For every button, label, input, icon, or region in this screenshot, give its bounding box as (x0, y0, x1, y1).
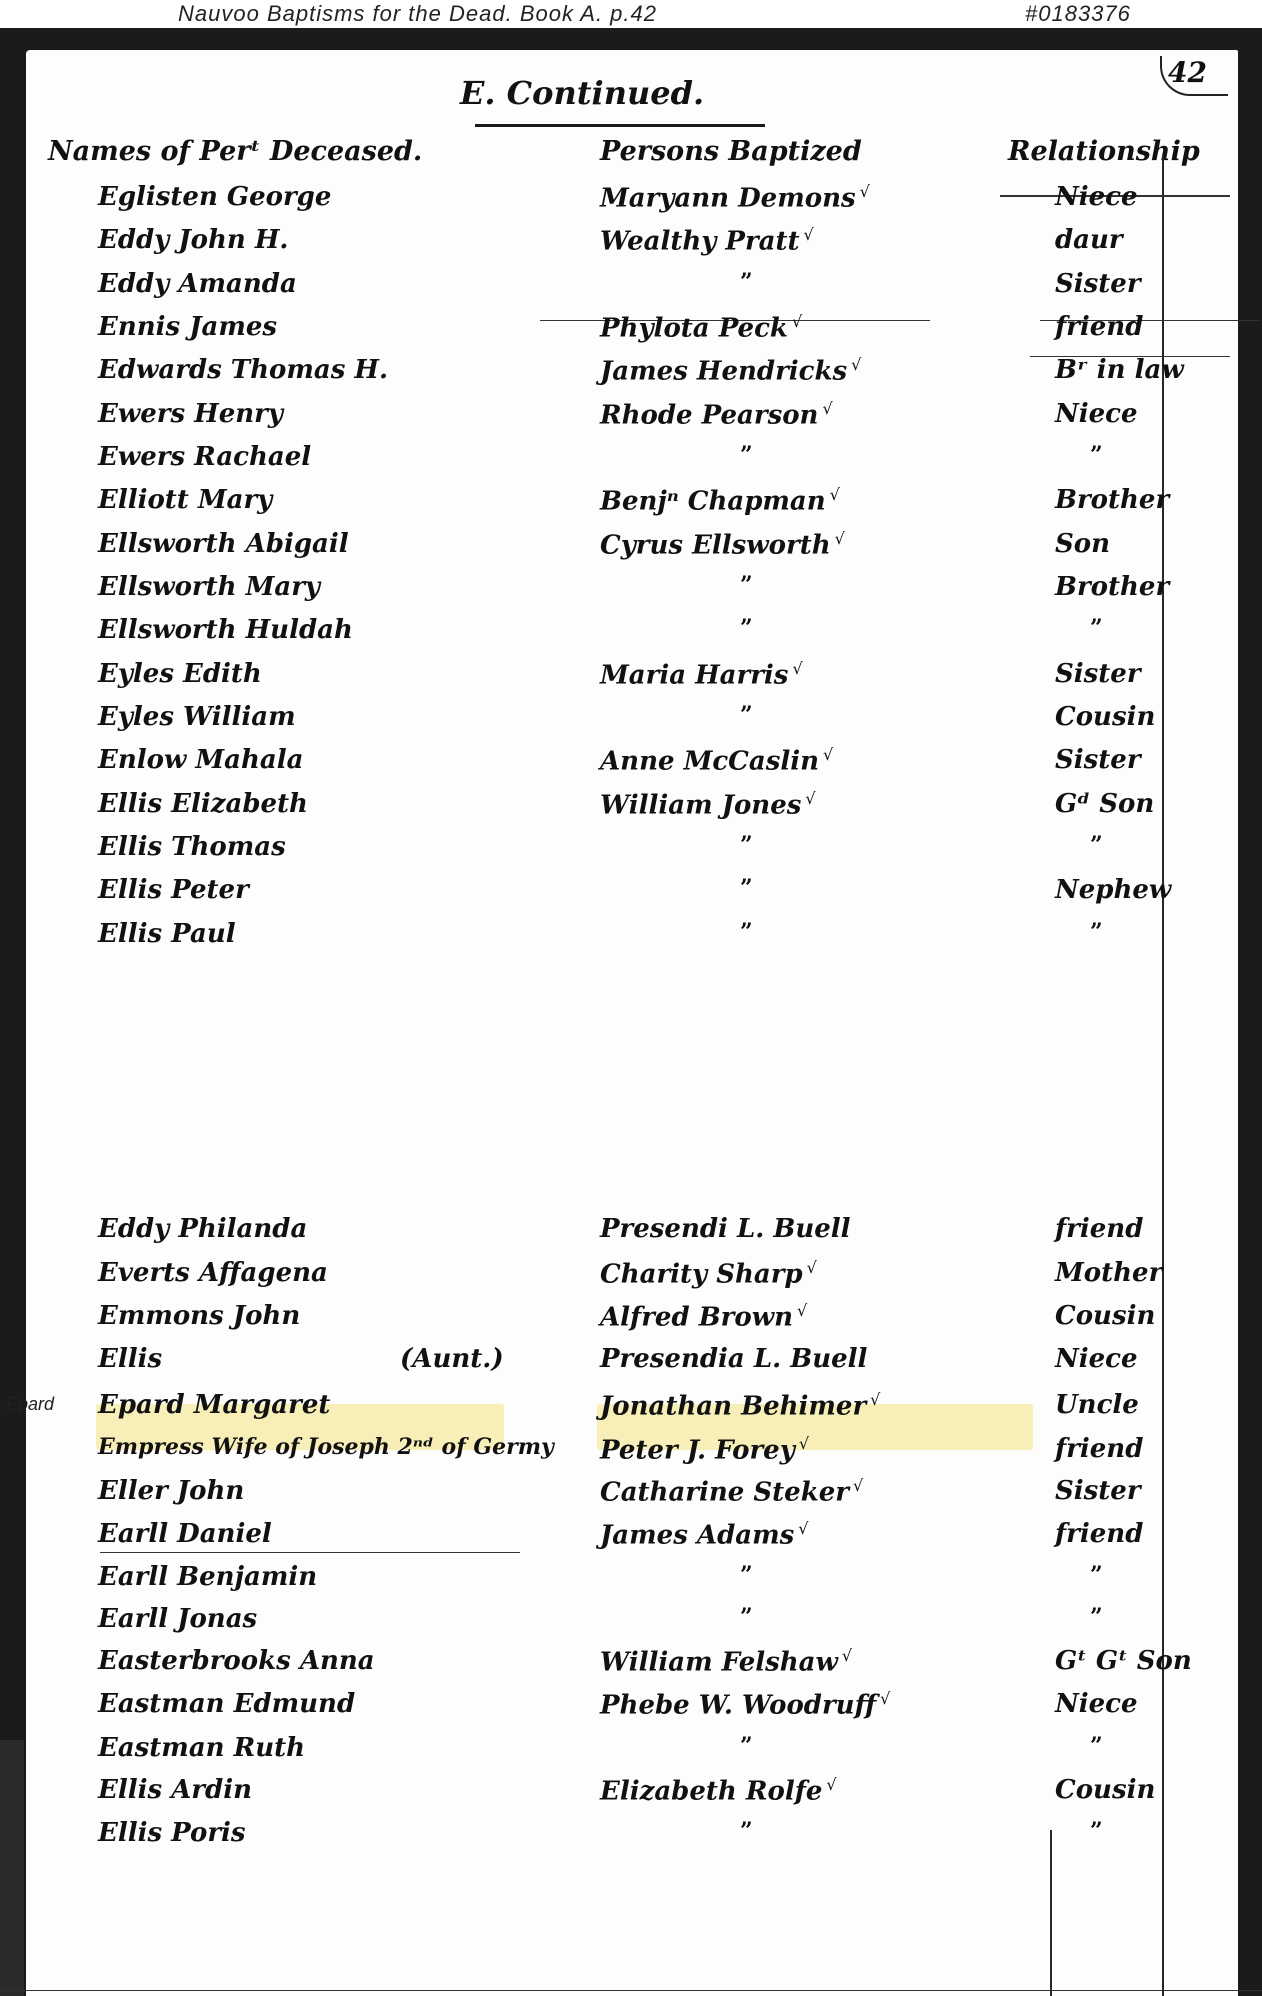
baptized-name: ” (740, 1604, 753, 1630)
check-mark-icon: √ (799, 1434, 809, 1453)
deceased-name: Edwards Thomas H. (98, 355, 388, 385)
column-header-baptized: Persons Baptized (600, 136, 862, 167)
baptized-name: Maria Harris√ (600, 659, 803, 691)
baptized-name: ” (740, 442, 753, 468)
deceased-name: Elliott Mary (98, 485, 272, 515)
deceased-name: Ellsworth Abigail (98, 529, 349, 559)
check-mark-icon: √ (853, 1476, 863, 1495)
check-mark-icon: √ (805, 789, 815, 808)
baptized-name: ” (740, 269, 753, 295)
baptized-name: Alfred Brown√ (600, 1301, 807, 1333)
relationship: Gᵈ Son (1055, 789, 1154, 819)
baptized-name: Rhode Pearson√ (600, 399, 833, 431)
baptized-name: William Jones√ (600, 789, 816, 821)
ledger-row: Ennis James Phylota Peck√ friend (0, 312, 1262, 352)
baptized-name: Cyrus Ellsworth√ (600, 529, 845, 561)
ledger-row: Ewers Rachael ” ” (0, 442, 1262, 482)
ledger-row: Ellis Thomas ” ” (0, 832, 1262, 872)
relationship: Niece (1055, 1689, 1138, 1719)
ledger-row: Ellis Paul ” ” (0, 919, 1262, 959)
relationship: Brother (1055, 572, 1169, 602)
check-mark-icon: √ (880, 1689, 890, 1708)
relationship: Gᵗ Gᵗ Son (1055, 1646, 1192, 1676)
ledger-row: Ellsworth Abigail Cyrus Ellsworth√ Son (0, 529, 1262, 569)
deceased-name: Epard Margaret (98, 1390, 330, 1420)
ruled-line (0, 1990, 1262, 1991)
check-mark-icon: √ (830, 485, 840, 504)
check-mark-icon: √ (804, 225, 814, 244)
ledger-row: Edwards Thomas H. James Hendricks√ Bʳ in… (0, 355, 1262, 395)
baptized-name: James Hendricks√ (600, 355, 861, 387)
deceased-name: Ellsworth Huldah (98, 615, 353, 645)
baptized-name: Jonathan Behimer√ (600, 1390, 880, 1422)
ledger-row: Ellis Peter ” Nephew (0, 875, 1262, 915)
check-mark-icon: √ (835, 529, 845, 548)
deceased-name: Eastman Edmund (98, 1689, 355, 1719)
baptized-name: ” (740, 702, 753, 728)
ledger-row: Ellis Poris ” ” (0, 1818, 1262, 1858)
baptized-name: ” (740, 832, 753, 858)
relationship: Nephew (1055, 875, 1171, 905)
ledger-row: Ellsworth Mary ” Brother (0, 572, 1262, 612)
deceased-name: Empress Wife of Joseph 2ⁿᵈ of Germy (98, 1434, 554, 1460)
check-mark-icon: √ (797, 1301, 807, 1320)
section-title: E. Continued. (460, 74, 704, 112)
deceased-name: Ewers Rachael (98, 442, 311, 472)
relationship: Mother (1055, 1258, 1162, 1288)
ledger-row: Earll Daniel James Adams√ friend (0, 1519, 1262, 1559)
deceased-name: Easterbrooks Anna (98, 1646, 375, 1676)
check-mark-icon: √ (798, 1519, 808, 1538)
deceased-name: Ennis James (98, 312, 277, 342)
ledger-row: Eastman Edmund Phebe W. Woodruff√ Niece (0, 1689, 1262, 1729)
relationship: ” (1090, 832, 1103, 858)
ledger-row: Earll Benjamin ” ” (0, 1562, 1262, 1602)
ledger-row: Eller John Catharine Steker√ Sister (0, 1476, 1262, 1516)
ledger-row: Empress Wife of Joseph 2ⁿᵈ of Germy Pete… (0, 1434, 1262, 1474)
baptized-name: Phylota Peck√ (600, 312, 802, 344)
relationship: ” (1090, 1818, 1103, 1844)
baptized-name: Benjⁿ Chapman√ (600, 485, 840, 517)
relationship: Bʳ in law (1055, 355, 1184, 385)
relationship: daur (1055, 225, 1123, 255)
relationship: ” (1090, 615, 1103, 641)
deceased-name: Earll Benjamin (98, 1562, 317, 1592)
relationship: Niece (1055, 182, 1138, 212)
deceased-name: Eddy John H. (98, 225, 288, 255)
baptized-name: Presendi L. Buell (600, 1214, 851, 1244)
deceased-name: Emmons John (98, 1301, 300, 1331)
check-mark-icon: √ (851, 355, 861, 374)
baptized-name: Charity Sharp√ (600, 1258, 817, 1290)
ledger-row: Enlow Mahala Anne McCaslin√ Sister (0, 745, 1262, 785)
ledger-row: Elliott Mary Benjⁿ Chapman√ Brother (0, 485, 1262, 525)
relationship: Cousin (1055, 702, 1155, 732)
deceased-name: Everts Affagena (98, 1258, 328, 1288)
baptized-name: ” (740, 875, 753, 901)
page-number: 42 (1168, 56, 1207, 89)
relationship: Sister (1055, 1476, 1141, 1506)
check-mark-icon: √ (842, 1646, 852, 1665)
relationship: friend (1055, 1519, 1143, 1549)
baptized-name: ” (740, 919, 753, 945)
deceased-name: Ellis Elizabeth (98, 789, 308, 819)
annotation-title: Nauvoo Baptisms for the Dead. Book A. p.… (178, 1, 657, 27)
check-mark-icon: √ (823, 745, 833, 764)
ledger-row: Ellis (Aunt.) Presendia L. Buell Niece (0, 1344, 1262, 1384)
title-underline (475, 124, 765, 127)
deceased-name: Enlow Mahala (98, 745, 303, 775)
relationship: friend (1055, 1434, 1143, 1464)
deceased-name: Eyles Edith (98, 659, 262, 689)
relationship: ” (1090, 1604, 1103, 1630)
relationship: Sister (1055, 269, 1141, 299)
baptized-name: William Felshaw√ (600, 1646, 852, 1678)
ledger-row: Eglisten George Maryann Demons√ Niece (0, 182, 1262, 222)
ledger-row: Ewers Henry Rhode Pearson√ Niece (0, 399, 1262, 439)
deceased-name: Eddy Philanda (98, 1214, 307, 1244)
baptized-name: Presendia L. Buell (600, 1344, 867, 1374)
baptized-name: Elizabeth Rolfe√ (600, 1775, 837, 1807)
check-mark-icon: √ (860, 182, 870, 201)
baptized-name: ” (740, 1733, 753, 1759)
ledger-row: Ellis Ardin Elizabeth Rolfe√ Cousin (0, 1775, 1262, 1815)
ledger-row: Earll Jonas ” ” (0, 1604, 1262, 1644)
baptized-name: ” (740, 615, 753, 641)
check-mark-icon: √ (792, 659, 802, 678)
baptized-name: Maryann Demons√ (600, 182, 870, 214)
baptized-name: Anne McCaslin√ (600, 745, 833, 777)
ledger-row: Easterbrooks Anna William Felshaw√ Gᵗ Gᵗ… (0, 1646, 1262, 1686)
deceased-name: Earll Jonas (98, 1604, 257, 1634)
ledger-row: Eddy Amanda ” Sister (0, 269, 1262, 309)
deceased-name: Eller John (98, 1476, 244, 1506)
ledger-row: Eddy John H. Wealthy Pratt√ daur (0, 225, 1262, 265)
ledger-row: Everts Affagena Charity Sharp√ Mother (0, 1258, 1262, 1298)
baptized-name: Peter J. Forey√ (600, 1434, 809, 1466)
ledger-row: Eyles William ” Cousin (0, 702, 1262, 742)
baptized-name: Phebe W. Woodruff√ (600, 1689, 890, 1721)
archive-annotation: Nauvoo Baptisms for the Dead. Book A. p.… (0, 0, 1262, 28)
check-mark-icon: √ (870, 1390, 880, 1409)
baptized-name: Catharine Steker√ (600, 1476, 863, 1508)
relationship: friend (1055, 312, 1143, 342)
check-mark-icon: √ (826, 1775, 836, 1794)
baptized-name: ” (740, 1818, 753, 1844)
deceased-name: Ellis Peter (98, 875, 249, 905)
relationship: ” (1090, 1562, 1103, 1588)
deceased-note: (Aunt.) (400, 1344, 504, 1374)
ledger-row: Ellis Elizabeth William Jones√ Gᵈ Son (0, 789, 1262, 829)
deceased-name: Eyles William (98, 702, 296, 732)
check-mark-icon: √ (807, 1258, 817, 1277)
deceased-name: Ellis Poris (98, 1818, 246, 1848)
relationship: ” (1090, 442, 1103, 468)
deceased-name: Ellsworth Mary (98, 572, 320, 602)
deceased-name: Ellis Thomas (98, 832, 286, 862)
check-mark-icon: √ (792, 312, 802, 331)
baptized-name: Wealthy Pratt√ (600, 225, 814, 257)
ledger-row: Emmons John Alfred Brown√ Cousin (0, 1301, 1262, 1341)
deceased-name: Ellis Ardin (98, 1775, 252, 1805)
relationship: friend (1055, 1214, 1143, 1244)
ledger-row: Epard Margaret Jonathan Behimer√ Uncle (0, 1390, 1262, 1430)
deceased-name: Ellis Paul (98, 919, 236, 949)
deceased-name: Eddy Amanda (98, 269, 297, 299)
relationship: Cousin (1055, 1775, 1155, 1805)
ledger-row: Eastman Ruth ” ” (0, 1733, 1262, 1773)
relationship: ” (1090, 1733, 1103, 1759)
relationship: Uncle (1055, 1390, 1139, 1420)
film-number: #0183376 (1025, 1, 1131, 27)
relationship: Cousin (1055, 1301, 1155, 1331)
check-mark-icon: √ (822, 399, 832, 418)
column-header-relationship: Relationship (1008, 136, 1200, 167)
relationship: Brother (1055, 485, 1169, 515)
relationship: Niece (1055, 399, 1138, 429)
deceased-name: Earll Daniel (98, 1519, 272, 1549)
ledger-row: Eddy Philanda Presendi L. Buell friend (0, 1214, 1262, 1254)
relationship: ” (1090, 919, 1103, 945)
relationship: Niece (1055, 1344, 1138, 1374)
deceased-name: Eastman Ruth (98, 1733, 305, 1763)
baptized-name: ” (740, 572, 753, 598)
deceased-name: Ellis (98, 1344, 162, 1374)
relationship: Son (1055, 529, 1110, 559)
relationship: Sister (1055, 745, 1141, 775)
deceased-name: Ewers Henry (98, 399, 283, 429)
deceased-name: Eglisten George (98, 182, 331, 212)
baptized-name: James Adams√ (600, 1519, 808, 1551)
relationship: Sister (1055, 659, 1141, 689)
baptized-name: ” (740, 1562, 753, 1588)
ledger-row: Ellsworth Huldah ” ” (0, 615, 1262, 655)
ledger-row: Eyles Edith Maria Harris√ Sister (0, 659, 1262, 699)
column-header-deceased: Names of Perᵗ Deceased. (48, 136, 422, 167)
